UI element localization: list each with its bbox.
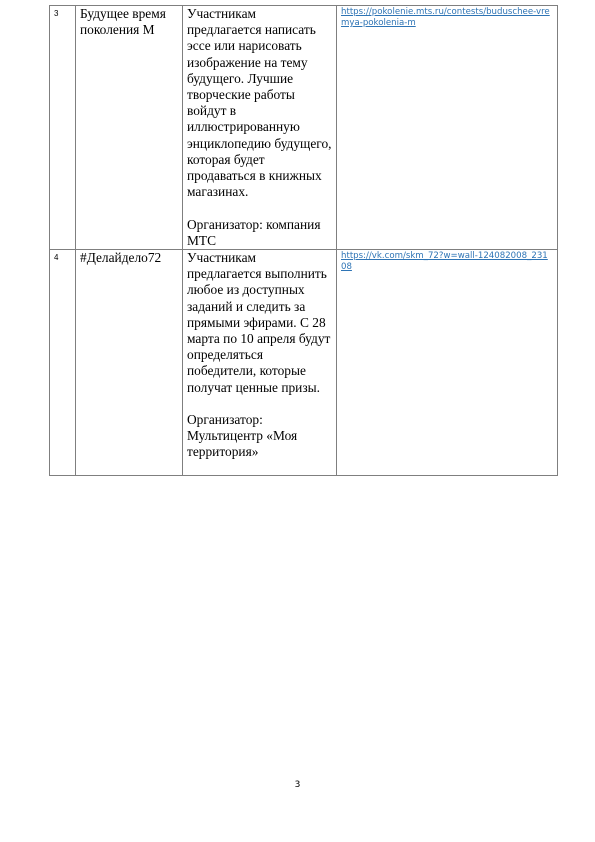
contest-link[interactable]: https://vk.com/skm_72?w=wall-124082008_2… (341, 250, 553, 273)
contest-name-cell: #Делайдело72 (76, 250, 183, 476)
page-number: 3 (0, 780, 595, 790)
contest-link[interactable]: https://pokolenie.mts.ru/contests/budusc… (341, 6, 553, 29)
row-number-cell: 3 (50, 6, 76, 250)
contest-name: Будущее время поколения М (80, 6, 166, 37)
contest-description: Участникам предлагается написать эссе ил… (187, 6, 332, 200)
contest-description-cell: Участникам предлагается написать эссе ил… (183, 6, 337, 250)
contest-link-cell: https://vk.com/skm_72?w=wall-124082008_2… (337, 250, 558, 476)
table-row: 4 #Делайдело72 Участникам предлагается в… (50, 250, 558, 476)
contest-description-cell: Участникам предлагается выполнить любое … (183, 250, 337, 476)
contest-organizer: Организатор: Мультицентр «Моя территория… (187, 412, 332, 461)
contest-description: Участникам предлагается выполнить любое … (187, 250, 332, 396)
row-number-cell: 4 (50, 250, 76, 476)
row-number: 4 (54, 250, 71, 262)
document-page: 3 Будущее время поколения М Участникам п… (0, 0, 595, 842)
contest-link-cell: https://pokolenie.mts.ru/contests/budusc… (337, 6, 558, 250)
contest-name-cell: Будущее время поколения М (76, 6, 183, 250)
contest-name: #Делайдело72 (80, 250, 161, 265)
row-number: 3 (54, 6, 71, 18)
table-row: 3 Будущее время поколения М Участникам п… (50, 6, 558, 250)
contest-organizer: Организатор: компания МТС (187, 217, 332, 249)
contests-table: 3 Будущее время поколения М Участникам п… (49, 5, 558, 476)
